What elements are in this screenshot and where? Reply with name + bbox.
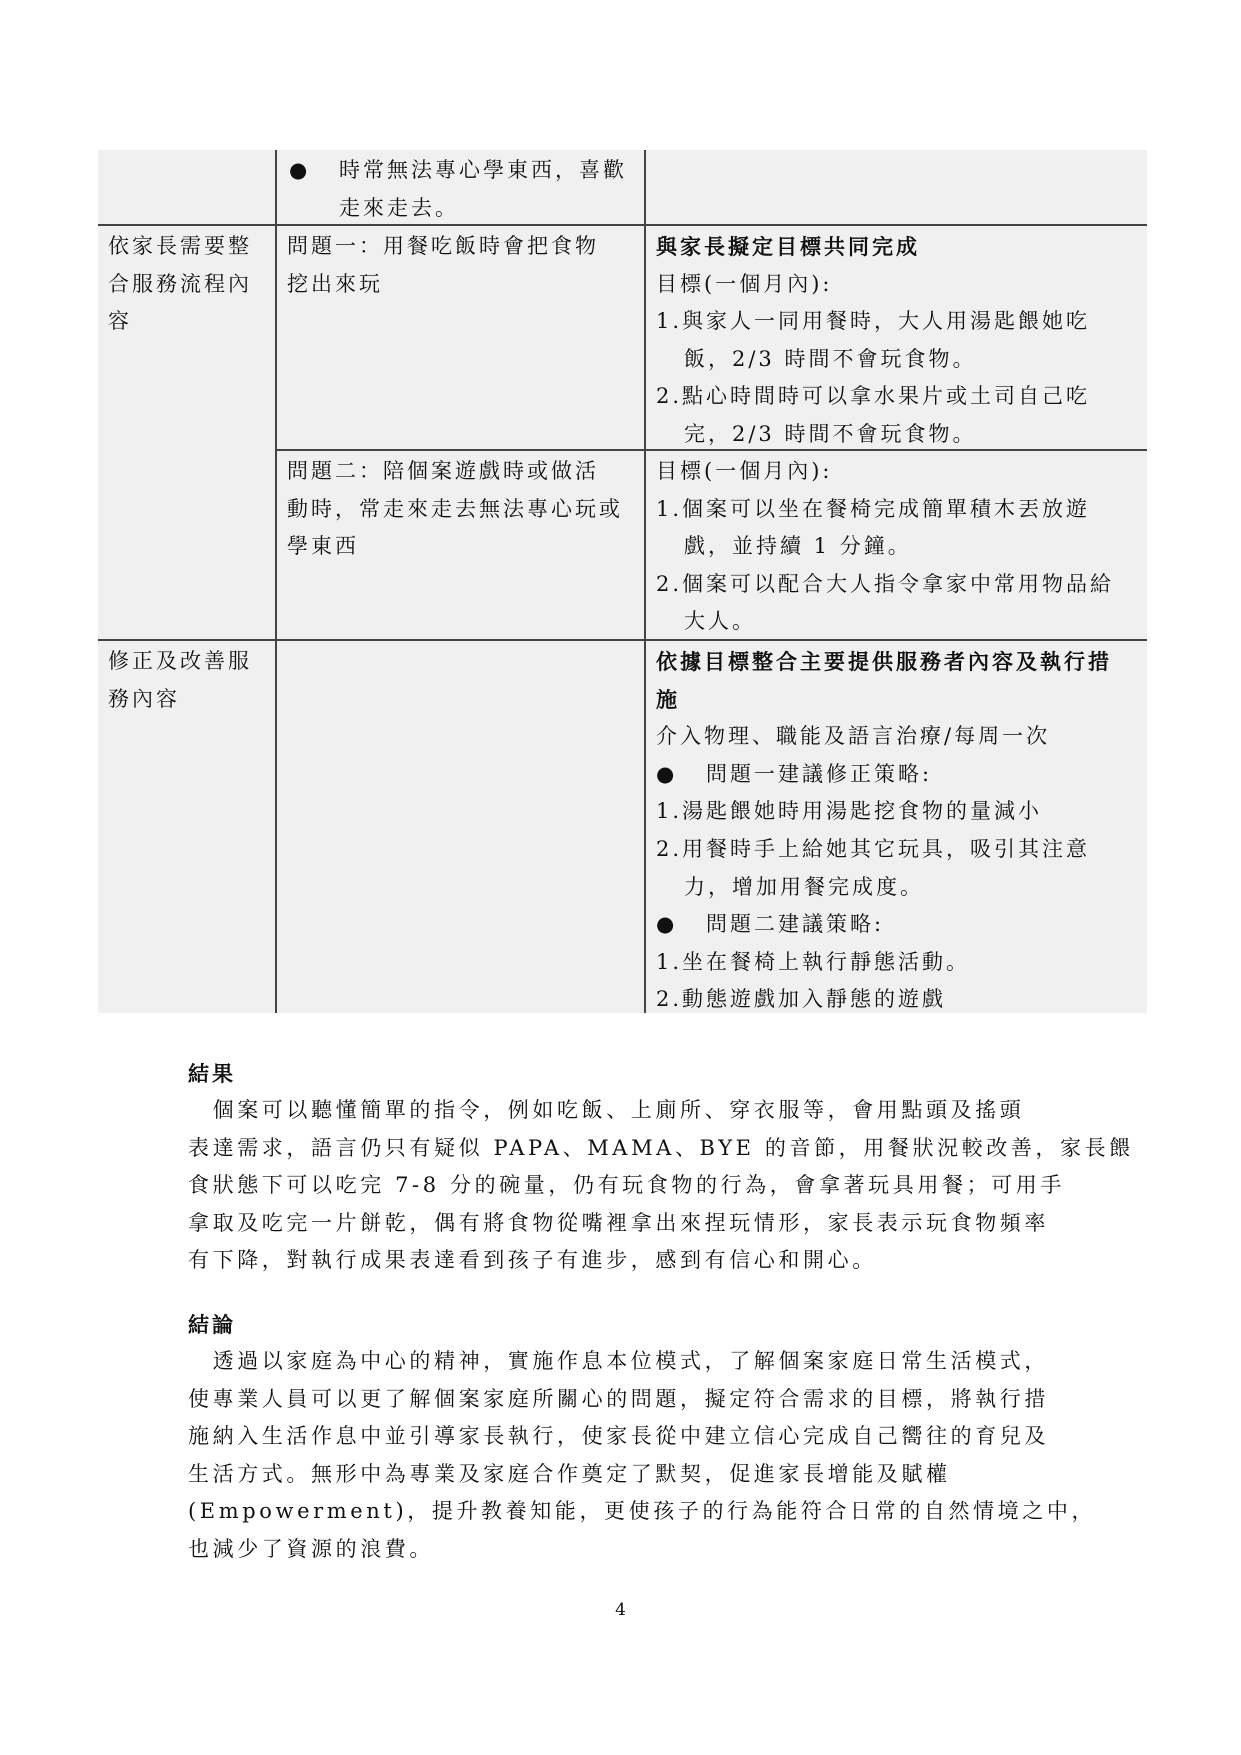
- goal-label-2: 目標(一個月內):: [656, 453, 1137, 491]
- problem2-line-3: 學東西: [287, 528, 634, 566]
- row3-label-line-1: 修正及改善服: [108, 643, 265, 681]
- strategy1-label-line: ●問題一建議修正策略:: [656, 756, 1137, 794]
- strategy1-item-2-line-1: 2.用餐時手上給她其它玩具，吸引其注意: [656, 831, 1137, 869]
- goal2-item-2-line-1: 2.個案可以配合大人指令拿家中常用物品給: [656, 566, 1137, 604]
- goals-heading: 與家長擬定目標共同完成: [656, 228, 1137, 266]
- strategy2-label-line: ●問題二建議策略:: [656, 906, 1137, 944]
- problem2-goals-cell: 目標(一個月內): 1.個案可以坐在餐椅完成簡單積木丟放遊 戲，並持續 1 分鐘…: [646, 451, 1147, 641]
- row1-text-line-2: 走來走去。: [289, 190, 634, 228]
- conclusion-line-4: 生活方式。無形中為專業及家庭合作奠定了默契，促進家長增能及賦權: [188, 1456, 1068, 1494]
- bullet-icon: ●: [656, 756, 706, 794]
- conclusion-paragraph: 透過以家庭為中心的精神，實施作息本位模式，了解個案家庭日常生活模式， 使專業人員…: [188, 1343, 1068, 1569]
- goal-label: 目標(一個月內):: [656, 266, 1137, 304]
- results-line-3: 食狀態下可以吃完 7-8 分的碗量，仍有玩食物的行為，會拿著玩具用餐；可用手: [188, 1167, 1068, 1205]
- problem2-line-2: 動時，常走來走去無法專心玩或: [287, 491, 634, 529]
- strategy1-item-2-line-2: 力，增加用餐完成度。: [656, 869, 1137, 907]
- problem1-goals-cell: 與家長擬定目標共同完成 目標(一個月內): 1.與家人一同用餐時，大人用湯匙餵她…: [646, 226, 1147, 454]
- problem2-line-1: 問題二：陪個案遊戲時或做活: [287, 453, 634, 491]
- strategy2-item-2: 2.動態遊戲加入靜態的遊戲: [656, 981, 1137, 1019]
- results-paragraph: 個案可以聽懂簡單的指令，例如吃飯、上廁所、穿衣服等，會用點頭及搖頭 表達需求，語…: [188, 1092, 1068, 1280]
- problem2-cell: 問題二：陪個案遊戲時或做活 動時，常走來走去無法專心玩或 學東西: [277, 451, 644, 566]
- page-number: 4: [0, 1600, 1241, 1620]
- goal2-item-1-line-1: 1.個案可以坐在餐椅完成簡單積木丟放遊: [656, 491, 1137, 529]
- row2-label-line-2: 合服務流程內: [108, 266, 265, 304]
- row2-label-line-3: 容: [108, 303, 265, 341]
- intervention-line: 介入物理、職能及語言治療/每周一次: [656, 718, 1137, 756]
- conclusion-line-2: 使專業人員可以更了解個案家庭所關心的問題，擬定符合需求的目標，將執行措: [188, 1381, 1068, 1419]
- strategy-heading-line-2: 施: [656, 681, 1137, 719]
- results-line-2: 表達需求，語言仍只有疑似 PAPA、MAMA、BYE 的音節，用餐狀況較改善，家…: [188, 1130, 1068, 1168]
- row2-label-line-1: 依家長需要整: [108, 228, 265, 266]
- results-section: 結果 個案可以聽懂簡單的指令，例如吃飯、上廁所、穿衣服等，會用點頭及搖頭 表達需…: [188, 1055, 1068, 1280]
- conclusion-heading: 結論: [188, 1306, 1068, 1343]
- strategy1-item-1: 1.湯匙餵她時用湯匙挖食物的量減小: [656, 793, 1137, 831]
- results-heading: 結果: [188, 1055, 1068, 1092]
- results-line-4: 拿取及吃完一片餅乾，偶有將食物從嘴裡拿出來捏玩情形，家長表示玩食物頻率: [188, 1205, 1068, 1243]
- goal2-item-1-line-2: 戲，並持續 1 分鐘。: [656, 528, 1137, 566]
- strategy2-label: 問題二建議策略:: [706, 912, 884, 936]
- problem1-line-2: 挖出來玩: [287, 266, 634, 304]
- goal-item-2-line-1: 2.點心時間時可以拿水果片或土司自己吃: [656, 378, 1137, 416]
- bullet-icon: ●: [656, 906, 706, 944]
- problem1-cell: 問題一：用餐吃飯時會把食物 挖出來玩: [277, 226, 644, 303]
- results-line-5: 有下降，對執行成果表達看到孩子有進步，感到有信心和開心。: [188, 1242, 1068, 1280]
- problem1-line-1: 問題一：用餐吃飯時會把食物: [287, 228, 634, 266]
- row1-col2-cell: ●時常無法專心學東西，喜歡 走來走去。: [277, 150, 644, 227]
- goal2-item-2-line-2: 大人。: [656, 603, 1137, 641]
- service-plan-table: ●時常無法專心學東西，喜歡 走來走去。 依家長需要整 合服務流程內 容 問題一：…: [98, 150, 1147, 1013]
- conclusion-line-6: 也減少了資源的浪費。: [188, 1531, 1068, 1569]
- conclusion-line-1: 透過以家庭為中心的精神，實施作息本位模式，了解個案家庭日常生活模式，: [188, 1343, 1068, 1381]
- row2-label-cell: 依家長需要整 合服務流程內 容: [98, 226, 275, 341]
- strategy1-label: 問題一建議修正策略:: [706, 762, 932, 786]
- row3-strategy-cell: 依據目標整合主要提供服務者內容及執行措 施 介入物理、職能及語言治療/每周一次 …: [646, 641, 1147, 1019]
- results-line-1: 個案可以聽懂簡單的指令，例如吃飯、上廁所、穿衣服等，會用點頭及搖頭: [188, 1092, 1068, 1130]
- conclusion-line-3: 施納入生活作息中並引導家長執行，使家長從中建立信心完成自己嚮往的育兒及: [188, 1418, 1068, 1456]
- row1-bullet-line: ●時常無法專心學東西，喜歡: [289, 152, 634, 190]
- strategy2-item-1: 1.坐在餐椅上執行靜態活動。: [656, 944, 1137, 982]
- strategy-heading-line-1: 依據目標整合主要提供服務者內容及執行措: [656, 643, 1137, 681]
- goal-item-1-line-1: 1.與家人一同用餐時，大人用湯匙餵她吃: [656, 303, 1137, 341]
- bullet-icon: ●: [289, 152, 339, 190]
- conclusion-section: 結論 透過以家庭為中心的精神，實施作息本位模式，了解個案家庭日常生活模式， 使專…: [188, 1306, 1068, 1569]
- row3-label-line-2: 務內容: [108, 681, 265, 719]
- goal-item-2-line-2: 完，2/3 時間不會玩食物。: [656, 416, 1137, 454]
- row3-label-cell: 修正及改善服 務內容: [98, 641, 275, 718]
- conclusion-line-5: (Empowerment)，提升教養知能，更使孩子的行為能符合日常的自然情境之中…: [188, 1493, 1068, 1531]
- goal-item-1-line-2: 飯，2/3 時間不會玩食物。: [656, 341, 1137, 379]
- row1-text-line-1: 時常無法專心學東西，喜歡: [339, 158, 627, 182]
